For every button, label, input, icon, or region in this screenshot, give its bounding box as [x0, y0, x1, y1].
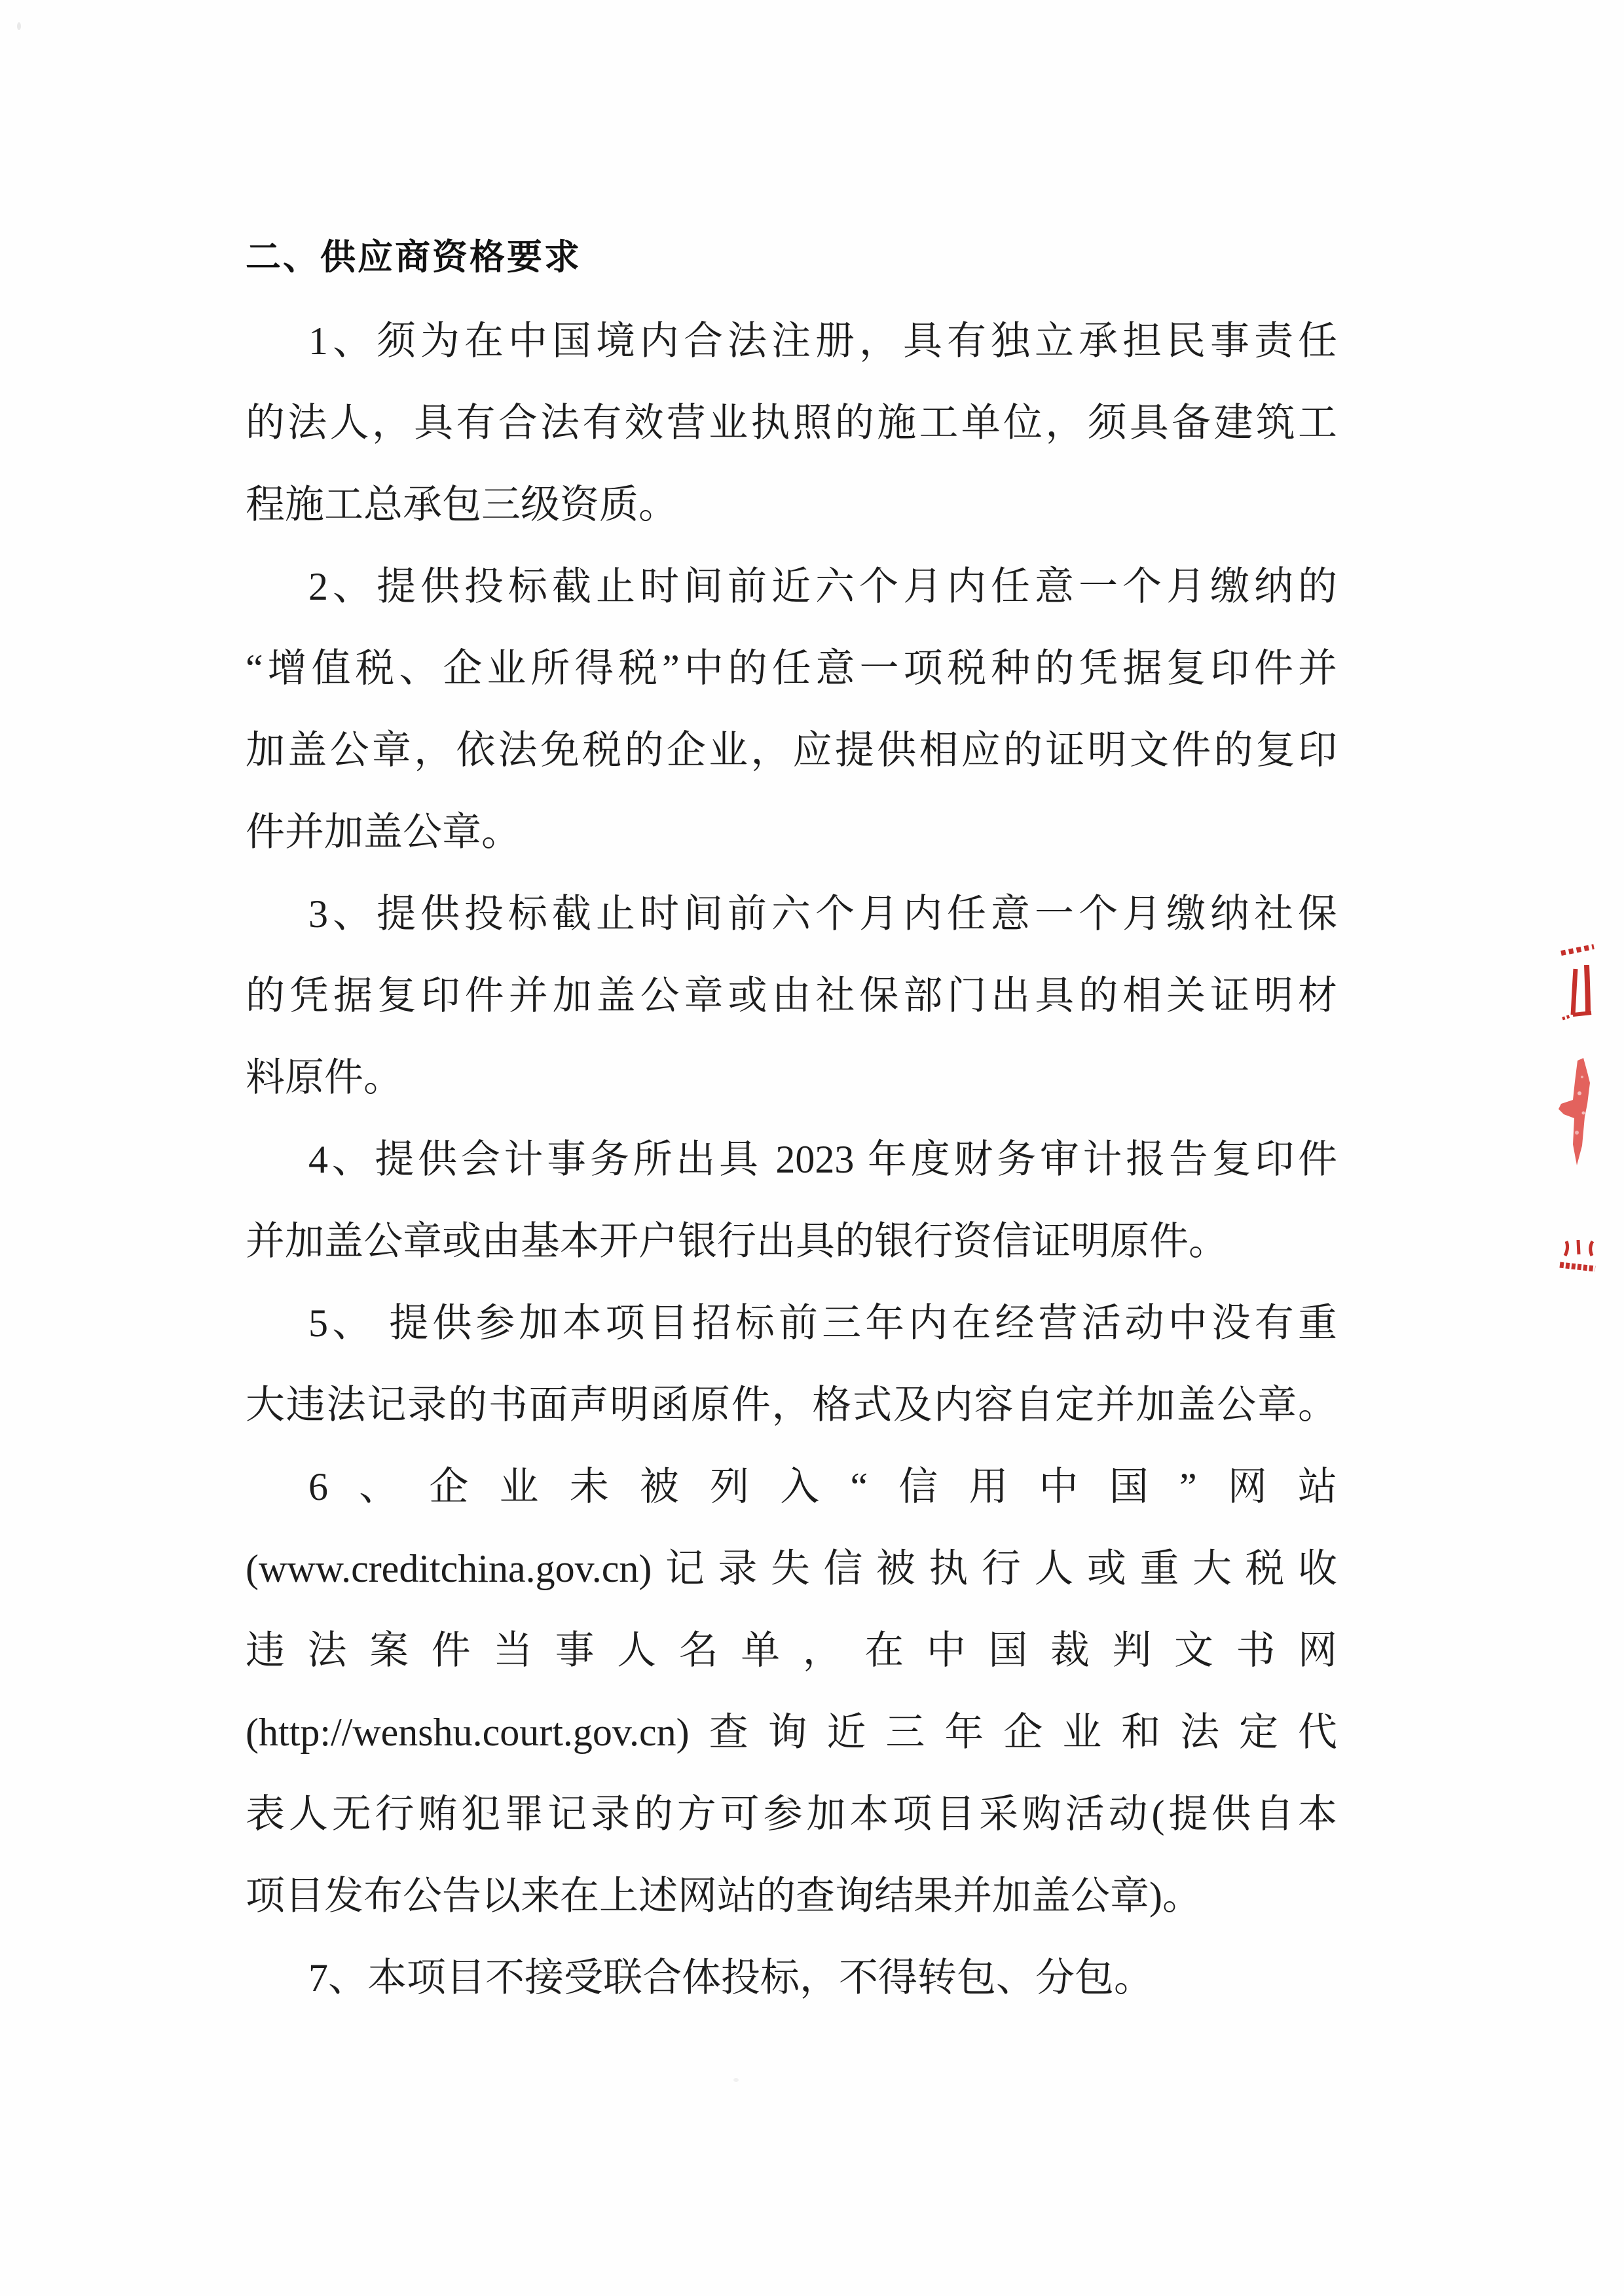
item-6-line-2: (www.creditchina.gov.cn)记录失信被执行人或重大税收 — [246, 1528, 1337, 1610]
item-3-line-3: 料原件。 — [246, 1037, 1337, 1119]
item-5-line-2: 大违法记录的书面声明函原件，格式及内容自定并加盖公章。 — [246, 1364, 1337, 1446]
item-2-line-3: 加盖公章，依法免税的企业，应提供相应的证明文件的复印 — [246, 710, 1337, 792]
item-1-line-3: 程施工总承包三级资质。 — [246, 464, 1337, 546]
item-6-line-3: 违法案件当事人名单，在中国裁判文书网 — [246, 1610, 1337, 1692]
item-6-line-5: 表人无行贿犯罪记录的方可参加本项目采购活动(提供自本 — [246, 1774, 1337, 1855]
item-5-line-1: 5、 提供参加本项目招标前三年内在经营活动中没有重 — [246, 1283, 1337, 1364]
seal-fragment-star — [1559, 1058, 1590, 1165]
scan-speck — [17, 22, 21, 30]
item-1-line-1: 1、须为在中国境内合法注册，具有独立承担民事责任 — [246, 301, 1337, 382]
item-4-line-2: 并加盖公章或由基本开户银行出具的银行资信证明原件。 — [246, 1201, 1337, 1283]
item-2-line-1: 2、提供投标截止时间前近六个月内任意一个月缴纳的 — [246, 546, 1337, 628]
scanned-document-page: 二、供应商资格要求 1、须为在中国境内合法注册，具有独立承担民事责任的法人，具有… — [0, 0, 1624, 2296]
item-3-line-1: 3、提供投标截止时间前六个月内任意一个月缴纳社保 — [246, 873, 1337, 955]
item-4-line-1: 4、提供会计事务所出具 2023 年度财务审计报告复印件 — [246, 1119, 1337, 1201]
document-body: 1、须为在中国境内合法注册，具有独立承担民事责任的法人，具有合法有效营业执照的施… — [246, 301, 1337, 2019]
item-2-line-2: “增值税、企业所得税”中的任意一项税种的凭据复印件并 — [246, 628, 1337, 710]
seal-fragment-top — [1561, 947, 1594, 1019]
item-6-line-4: (http://wenshu.court.gov.cn)查询近三年企业和法定代 — [246, 1692, 1337, 1774]
item-6-line-6: 项目发布公告以来在上述网站的查询结果并加盖公章)。 — [246, 1855, 1337, 1937]
item-1-line-2: 的法人，具有合法有效营业执照的施工单位，须具备建筑工 — [246, 382, 1337, 464]
item-3-line-2: 的凭据复印件并加盖公章或由社保部门出具的相关证明材 — [246, 955, 1337, 1037]
item-7-line-1: 7、本项目不接受联合体投标，不得转包、分包。 — [246, 1937, 1337, 2019]
item-6-line-1: 6、企业未被列入“信用中国”网站 — [246, 1446, 1337, 1528]
red-seal-edge-fragment — [1557, 943, 1599, 1273]
section-heading: 二、供应商资格要求 — [246, 234, 581, 280]
seal-fragment-bottom — [1560, 1240, 1595, 1269]
scan-speck — [733, 2078, 739, 2082]
item-2-line-4: 件并加盖公章。 — [246, 792, 1337, 873]
